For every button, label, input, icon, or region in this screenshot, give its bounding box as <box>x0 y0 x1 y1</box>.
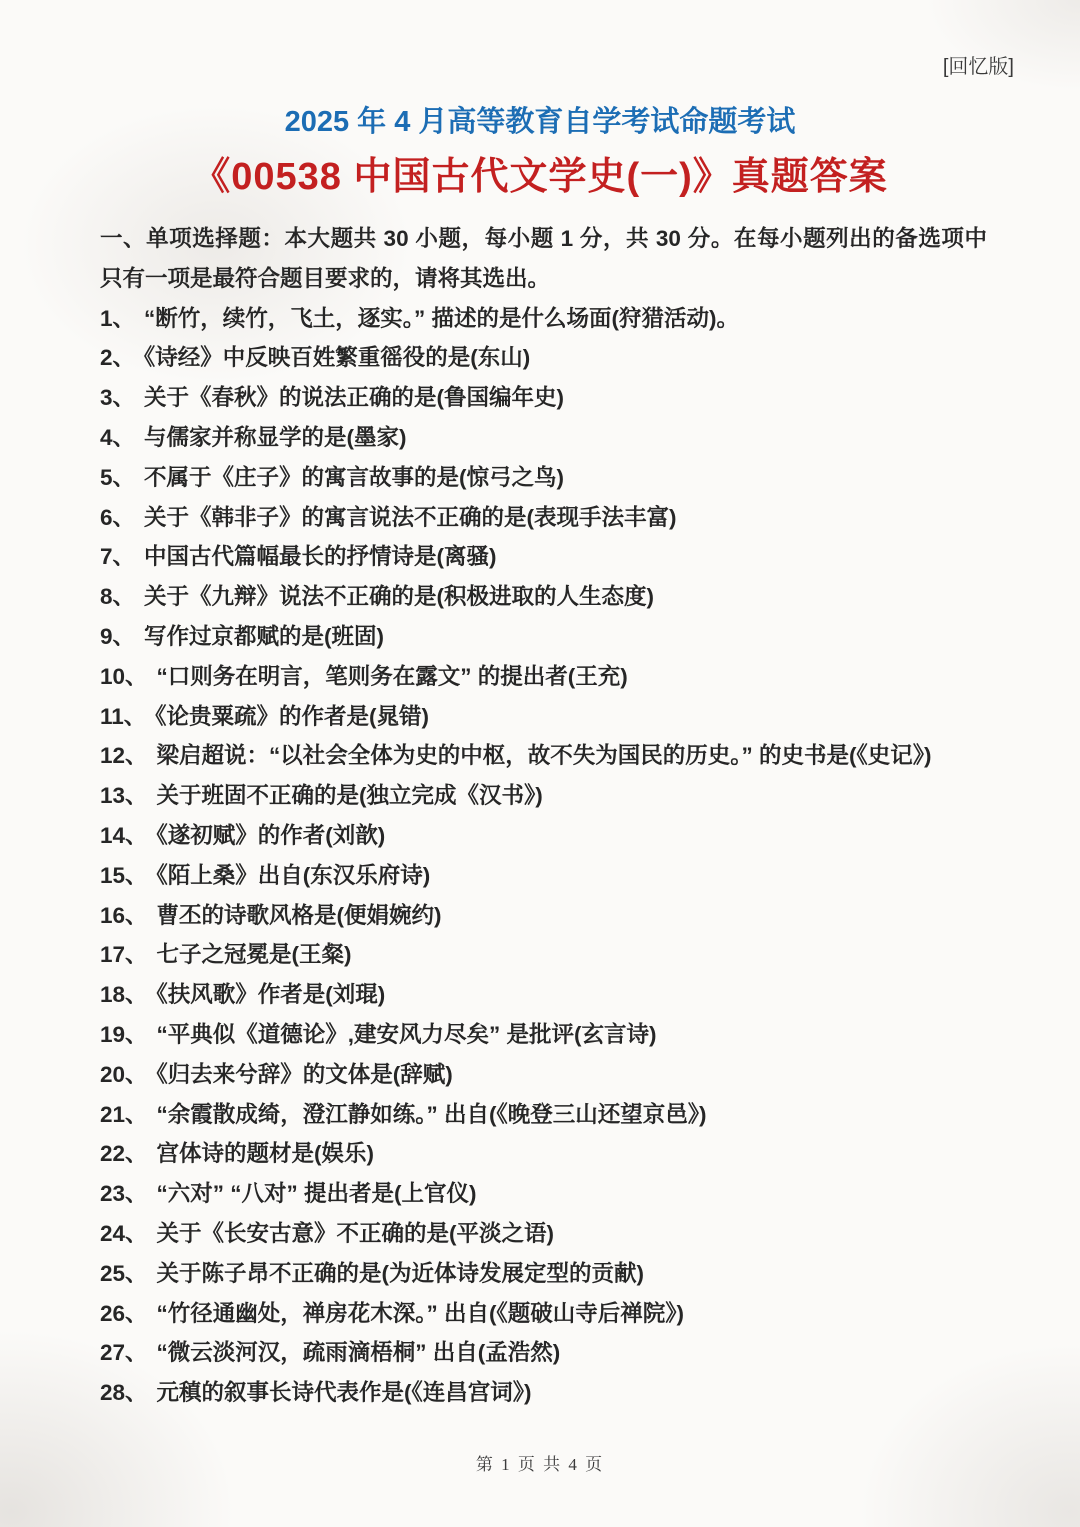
question-text: “微云淡河汉，疏雨滴梧桐” 出自(孟浩然) <box>157 1340 561 1365</box>
question-number: 4、 <box>100 425 135 450</box>
question-item: 28、元稹的叙事长诗代表作是(《连昌宫词》) <box>100 1373 987 1413</box>
question-text: 关于《九辩》说法不正确的是(积极进取的人生态度) <box>144 584 654 609</box>
question-text: 关于班固不正确的是(独立完成《汉书》) <box>157 783 543 808</box>
question-number: 2、 <box>100 345 135 370</box>
question-number: 23、 <box>100 1181 148 1206</box>
question-number: 9、 <box>100 624 135 649</box>
question-number: 24、 <box>100 1221 148 1246</box>
question-item: 27、“微云淡河汉，疏雨滴梧桐” 出自(孟浩然) <box>100 1333 987 1373</box>
question-number: 18、 <box>100 982 148 1007</box>
question-text: 关于陈子昂不正确的是(为近体诗发展定型的贡献) <box>157 1261 645 1286</box>
question-list: 1、“断竹，续竹，飞土，逐实。” 描述的是什么场面(狩猎活动)。2、《诗经》中反… <box>0 299 1080 1413</box>
question-number: 26、 <box>100 1301 148 1326</box>
question-item: 2、《诗经》中反映百姓繁重徭役的是(东山) <box>100 338 987 378</box>
question-item: 13、关于班固不正确的是(独立完成《汉书》) <box>100 776 987 816</box>
question-number: 12、 <box>100 743 148 768</box>
question-text: 写作过京都赋的是(班固) <box>144 624 384 649</box>
question-item: 11、《论贵粟疏》的作者是(晁错) <box>100 697 987 737</box>
question-number: 19、 <box>100 1022 148 1047</box>
question-item: 25、关于陈子昂不正确的是(为近体诗发展定型的贡献) <box>100 1254 987 1294</box>
question-text: 《归去来兮辞》的文体是(辞赋) <box>157 1062 453 1087</box>
question-text: 关于《春秋》的说法正确的是(鲁国编年史) <box>144 385 564 410</box>
question-item: 19、“平典似《道德论》,建安风力尽矣” 是批评(玄言诗) <box>100 1015 987 1055</box>
question-number: 14、 <box>100 823 148 848</box>
question-item: 22、宫体诗的题材是(娱乐) <box>100 1134 987 1174</box>
question-text: 《陌上桑》出自(东汉乐府诗) <box>157 863 431 888</box>
question-item: 10、“口则务在明言，笔则务在露文” 的提出者(王充) <box>100 657 987 697</box>
question-number: 7、 <box>100 544 135 569</box>
question-text: 曹丕的诗歌风格是(便娟婉约) <box>157 903 442 928</box>
question-item: 9、写作过京都赋的是(班固) <box>100 617 987 657</box>
question-number: 13、 <box>100 783 148 808</box>
question-text: 《遂初赋》的作者(刘歆) <box>157 823 386 848</box>
question-item: 21、“余霞散成绮，澄江静如练。” 出自(《晚登三山还望京邑》) <box>100 1095 987 1135</box>
question-text: 关于《韩非子》的寓言说法不正确的是(表现手法丰富) <box>144 505 677 530</box>
question-item: 6、关于《韩非子》的寓言说法不正确的是(表现手法丰富) <box>100 498 987 538</box>
question-item: 8、关于《九辩》说法不正确的是(积极进取的人生态度) <box>100 577 987 617</box>
question-text: 宫体诗的题材是(娱乐) <box>157 1141 375 1166</box>
question-number: 25、 <box>100 1261 148 1286</box>
question-text: “断竹，续竹，飞土，逐实。” 描述的是什么场面(狩猎活动)。 <box>144 306 739 331</box>
page-footer: 第 1 页 共 4 页 <box>0 1450 1080 1475</box>
question-item: 12、梁启超说：“以社会全体为史的中枢，故不失为国民的历史。” 的史书是(《史记… <box>100 736 987 776</box>
question-text: 与儒家并称显学的是(墨家) <box>144 425 407 450</box>
question-text: 不属于《庄子》的寓言故事的是(惊弓之鸟) <box>144 465 564 490</box>
question-item: 7、中国古代篇幅最长的抒情诗是(离骚) <box>100 537 987 577</box>
paper-title: 《00538 中国古代文学史(一)》真题答案 <box>0 152 1080 203</box>
question-number: 20、 <box>100 1062 148 1087</box>
question-text: “平典似《道德论》,建安风力尽矣” 是批评(玄言诗) <box>157 1022 657 1047</box>
document-page: [回忆版] 2025 年 4 月高等教育自学考试命题考试 《00538 中国古代… <box>0 0 1080 1527</box>
question-item: 15、《陌上桑》出自(东汉乐府诗) <box>100 856 987 896</box>
question-item: 5、不属于《庄子》的寓言故事的是(惊弓之鸟) <box>100 458 987 498</box>
question-text: “六对” “八对” 提出者是(上官仪) <box>157 1181 477 1206</box>
question-text: “余霞散成绮，澄江静如练。” 出自(《晚登三山还望京邑》) <box>157 1102 707 1127</box>
question-number: 1、 <box>100 306 135 331</box>
question-number: 11、 <box>100 704 146 729</box>
question-item: 4、与儒家并称显学的是(墨家) <box>100 418 987 458</box>
question-number: 8、 <box>100 584 135 609</box>
question-text: 七子之冠冕是(王粲) <box>157 942 352 967</box>
question-text: 梁启超说：“以社会全体为史的中枢，故不失为国民的历史。” 的史书是(《史记》) <box>157 743 932 768</box>
edition-tag: [回忆版] <box>943 50 1014 79</box>
question-number: 6、 <box>100 505 135 530</box>
question-number: 16、 <box>100 903 148 928</box>
question-number: 27、 <box>100 1340 148 1365</box>
question-item: 20、《归去来兮辞》的文体是(辞赋) <box>100 1055 987 1095</box>
question-text: “竹径通幽处，禅房花木深。” 出自(《题破山寺后禅院》) <box>157 1301 685 1326</box>
question-number: 17、 <box>100 942 148 967</box>
question-number: 22、 <box>100 1141 148 1166</box>
question-number: 10、 <box>100 664 148 689</box>
question-text: “口则务在明言，笔则务在露文” 的提出者(王充) <box>157 664 628 689</box>
question-number: 5、 <box>100 465 135 490</box>
question-item: 1、“断竹，续竹，飞土，逐实。” 描述的是什么场面(狩猎活动)。 <box>100 299 987 339</box>
question-text: 《扶风歌》作者是(刘琨) <box>157 982 386 1007</box>
question-number: 28、 <box>100 1380 148 1405</box>
question-number: 21、 <box>100 1102 148 1127</box>
question-text: 《诗经》中反映百姓繁重徭役的是(东山) <box>144 345 530 370</box>
question-text: 中国古代篇幅最长的抒情诗是(离骚) <box>144 544 497 569</box>
section-heading: 一、单项选择题：本大题共 30 小题，每小题 1 分，共 30 分。在每小题列出… <box>0 219 1080 299</box>
question-item: 3、关于《春秋》的说法正确的是(鲁国编年史) <box>100 378 987 418</box>
question-item: 24、关于《长安古意》不正确的是(平淡之语) <box>100 1214 987 1254</box>
question-item: 14、《遂初赋》的作者(刘歆) <box>100 816 987 856</box>
question-item: 16、曹丕的诗歌风格是(便娟婉约) <box>100 896 987 936</box>
question-item: 18、《扶风歌》作者是(刘琨) <box>100 975 987 1015</box>
exam-session-title: 2025 年 4 月高等教育自学考试命题考试 <box>0 0 1080 142</box>
question-text: 元稹的叙事长诗代表作是(《连昌宫词》) <box>157 1380 532 1405</box>
question-text: 关于《长安古意》不正确的是(平淡之语) <box>157 1221 555 1246</box>
question-item: 23、“六对” “八对” 提出者是(上官仪) <box>100 1174 987 1214</box>
question-number: 15、 <box>100 863 148 888</box>
question-item: 17、七子之冠冕是(王粲) <box>100 935 987 975</box>
question-item: 26、“竹径通幽处，禅房花木深。” 出自(《题破山寺后禅院》) <box>100 1294 987 1334</box>
question-number: 3、 <box>100 385 135 410</box>
question-text: 《论贵粟疏》的作者是(晁错) <box>155 704 429 729</box>
